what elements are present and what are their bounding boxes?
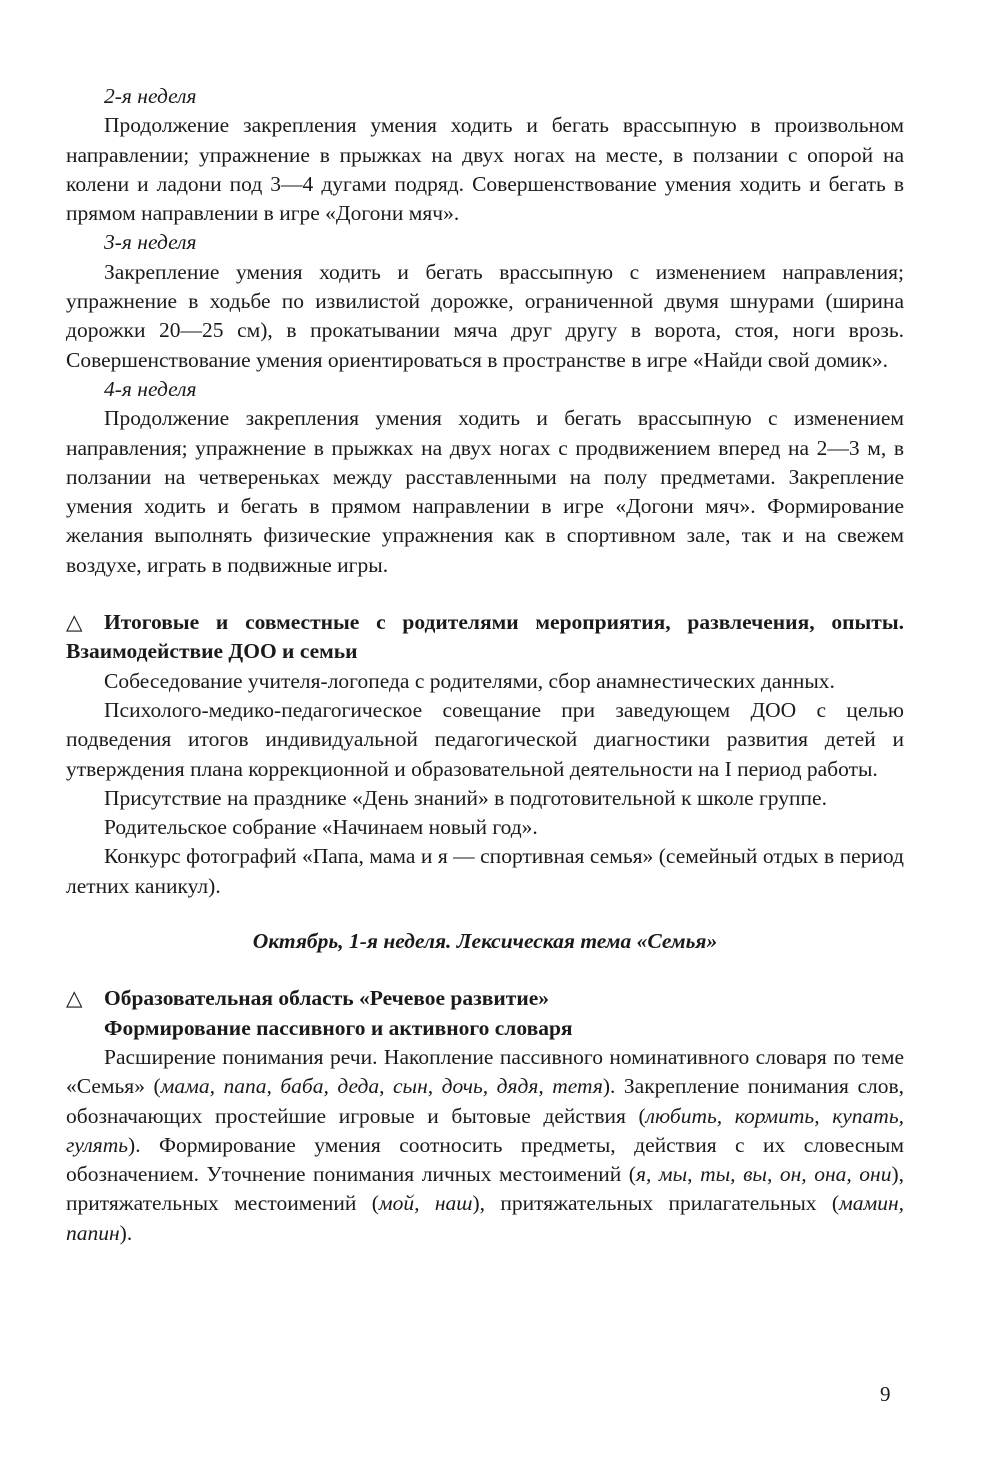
month-heading: Октябрь, 1-я неделя. Лексическая тема «С… [66,927,904,956]
week-3-label: 3-я неделя [66,228,904,257]
section-title: Итоговые и совместные с родителями мероп… [66,610,904,663]
triangle-marker-icon: △ [66,984,104,1013]
italic-examples: мама, папа, баба, деда, сын, дочь, дядя,… [161,1074,603,1098]
family-paragraph: Конкурс фотографий «Папа, мама и я — спо… [66,842,904,901]
italic-examples: я, мы, ты, вы, он, она, они [636,1162,891,1186]
week-3-text: Закрепление умения ходить и бегать врасс… [66,258,904,375]
family-paragraph: Присутствие на празднике «День знаний» в… [66,784,904,813]
section-heading-family: △Итоговые и совместные с родителями меро… [66,608,904,667]
family-paragraph: Психолого-медико-педагогическое совещани… [66,696,904,784]
document-page: 2-я неделя Продолжение закрепления умени… [66,82,904,1248]
italic-examples: мой, наш [379,1191,473,1215]
week-4-label: 4-я неделя [66,375,904,404]
text-run: ). [120,1221,133,1245]
section-heading-speech: △Образовательная область «Речевое развит… [66,984,904,1013]
family-paragraph: Родительское собрание «Начинаем новый го… [66,813,904,842]
family-paragraph: Собеседование учителя-логопеда с родител… [66,667,904,696]
text-run: ), притяжательных прилагательных ( [473,1191,840,1215]
section-subtitle: Формирование пассивного и активного слов… [66,1014,904,1043]
week-4-text: Продолжение закрепления умения ходить и … [66,404,904,580]
page-number: 9 [880,1382,891,1407]
section-title: Образовательная область «Речевое развити… [104,986,549,1010]
week-2-label: 2-я неделя [66,82,904,111]
week-2-text: Продолжение закрепления умения ходить и … [66,111,904,228]
triangle-marker-icon: △ [66,608,104,637]
speech-paragraph: Расширение понимания речи. Накопление па… [66,1043,904,1248]
